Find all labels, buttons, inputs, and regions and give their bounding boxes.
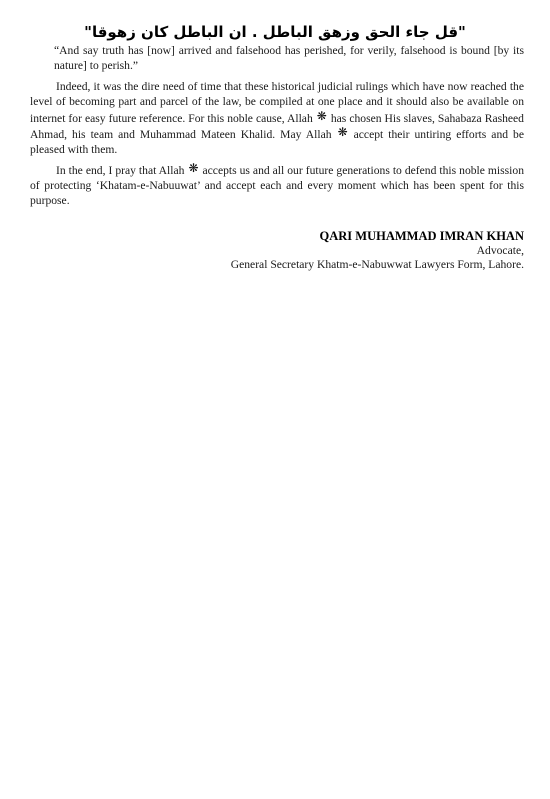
- allah-honorific-icon: ❋: [317, 110, 327, 122]
- signatory-position: General Secretary Khatm-e-Nabuwwat Lawye…: [231, 258, 524, 272]
- document-page: "قل جاء الحق وزهق الباطل . ان الباطل كان…: [0, 0, 550, 799]
- signatory-name: QARI MUHAMMAD IMRAN KHAN: [231, 228, 524, 244]
- paragraph-closing-prayer: In the end, I pray that Allah ❋ accepts …: [30, 162, 524, 208]
- arabic-verse-heading: "قل جاء الحق وزهق الباطل . ان الباطل كان…: [0, 22, 550, 42]
- paragraph-text: In the end, I pray that Allah: [56, 164, 187, 177]
- allah-honorific-icon: ❋: [188, 162, 198, 174]
- verse-translation-quote: “And say truth has [now] arrived and fal…: [54, 44, 524, 73]
- paragraph-compilation-need: Indeed, it was the dire need of time tha…: [30, 80, 524, 158]
- signatory-title: Advocate,: [231, 244, 524, 258]
- signature-block: QARI MUHAMMAD IMRAN KHAN Advocate, Gener…: [231, 228, 524, 272]
- allah-honorific-icon: ❋: [338, 126, 348, 138]
